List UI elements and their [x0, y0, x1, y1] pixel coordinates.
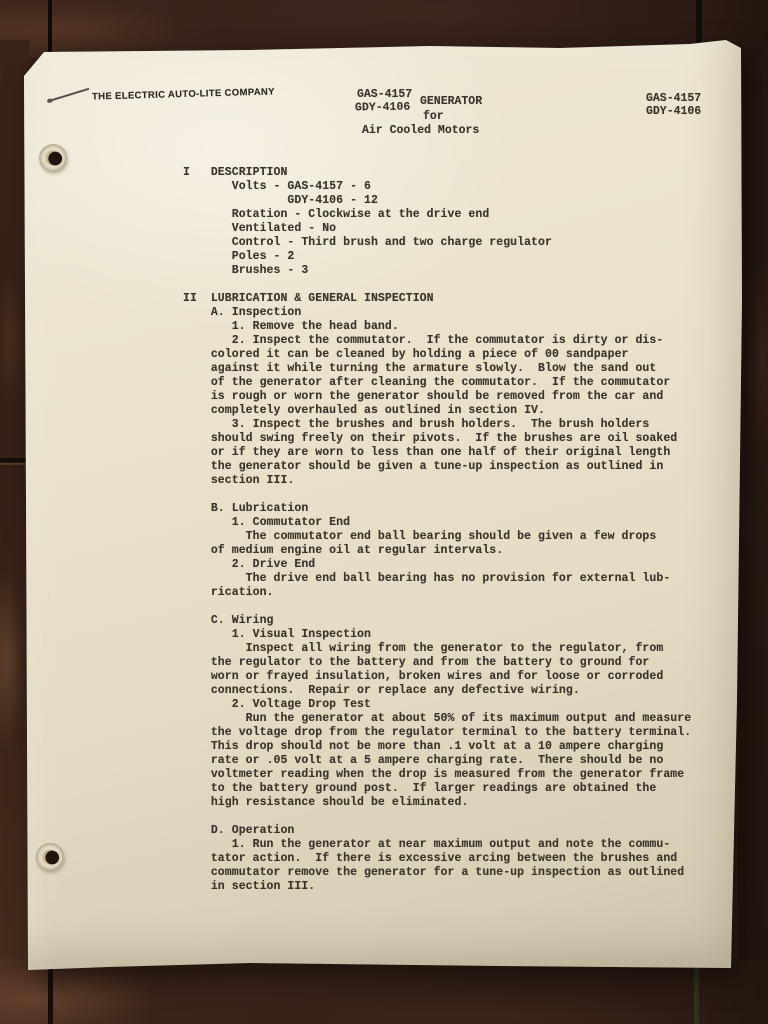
title-application: Air Cooled Motors — [362, 124, 479, 137]
doc-line-8: Brushes - 3 — [183, 264, 738, 278]
photo-scene: THE ELECTRIC AUTO-LITE COMPANY GAS-4157 … — [0, 0, 768, 1024]
doc-line-23: section III. — [183, 474, 738, 488]
doc-line-28: of medium engine oil at regular interval… — [183, 544, 738, 558]
doc-line-11: A. Inspection — [183, 306, 738, 320]
doc-line-33: C. Wiring — [183, 614, 738, 628]
doc-line-41: the voltage drop from the regulator term… — [183, 726, 738, 740]
company-name: THE ELECTRIC AUTO-LITE COMPANY — [92, 86, 275, 102]
doc-line-49: 1. Run the generator at near maximum out… — [183, 838, 738, 852]
title-model-number-1: GAS-4157 — [357, 88, 412, 101]
doc-line-1: I DESCRIPTION — [183, 166, 738, 180]
doc-line-37: worn or frayed insulation, broken wires … — [183, 670, 738, 684]
doc-line-45: to the battery ground post. If larger re… — [183, 782, 738, 796]
doc-line-50: tator action. If there is excessive arci… — [183, 852, 738, 866]
doc-line-14: colored it can be cleaned by holding a p… — [183, 348, 738, 362]
doc-line-4: Rotation - Clockwise at the drive end — [183, 208, 738, 222]
doc-line-30: The drive end ball bearing has no provis… — [183, 572, 738, 586]
doc-line-40: Run the generator at about 50% of its ma… — [183, 712, 738, 726]
doc-line-27: The commutator end ball bearing should b… — [183, 530, 738, 544]
doc-line-3: GDY-4106 - 12 — [183, 194, 738, 208]
corner-model-number-2: GDY-4106 — [646, 105, 701, 118]
punch-hole-bottom — [36, 843, 64, 871]
manual-page: THE ELECTRIC AUTO-LITE COMPANY GAS-4157 … — [18, 34, 748, 978]
doc-line-10: II LUBRICATION & GENERAL INSPECTION — [183, 292, 738, 306]
doc-line-47 — [183, 810, 738, 824]
doc-line-34: 1. Visual Inspection — [183, 628, 738, 642]
doc-line-5: Ventilated - No — [183, 222, 738, 236]
logo-flourish-line — [49, 88, 90, 102]
doc-line-26: 1. Commutator End — [183, 516, 738, 530]
doc-line-51: commutator remove the generator for a tu… — [183, 866, 738, 880]
punch-hole-top — [39, 144, 67, 172]
doc-line-42: This drop should not be more than .1 vol… — [183, 740, 738, 754]
doc-line-9 — [183, 278, 738, 292]
doc-line-25: B. Lubrication — [183, 502, 738, 516]
doc-line-43: rate or .05 volt at a 5 ampere charging … — [183, 754, 738, 768]
doc-line-52: in section III. — [183, 880, 738, 894]
doc-line-29: 2. Drive End — [183, 558, 738, 572]
doc-line-22: the generator should be given a tune-up … — [183, 460, 738, 474]
doc-line-44: voltmeter reading when the drop is measu… — [183, 768, 738, 782]
doc-line-15: against it while turning the armature sl… — [183, 362, 738, 376]
doc-line-36: the regulator to the battery and from th… — [183, 656, 738, 670]
doc-line-21: or if they are worn to less than one hal… — [183, 446, 738, 460]
document-body: I DESCRIPTION Volts - GAS-4157 - 6 GDY-4… — [183, 166, 738, 894]
doc-line-13: 2. Inspect the commutator. If the commut… — [183, 334, 738, 348]
title-product: GENERATOR — [420, 95, 482, 108]
doc-line-19: 3. Inspect the brushes and brush holders… — [183, 418, 738, 432]
doc-line-2: Volts - GAS-4157 - 6 — [183, 180, 738, 194]
doc-line-32 — [183, 600, 738, 614]
doc-line-39: 2. Voltage Drop Test — [183, 698, 738, 712]
doc-line-12: 1. Remove the head band. — [183, 320, 738, 334]
doc-line-38: connections. Repair or replace any defec… — [183, 684, 738, 698]
doc-line-31: rication. — [183, 586, 738, 600]
doc-line-24 — [183, 488, 738, 502]
corner-model-number-1: GAS-4157 — [646, 92, 701, 105]
manual-page-wrap: THE ELECTRIC AUTO-LITE COMPANY GAS-4157 … — [18, 34, 748, 978]
doc-line-20: should swing freely on their pivots. If … — [183, 432, 738, 446]
doc-line-7: Poles - 2 — [183, 250, 738, 264]
doc-line-46: high resistance should be eliminated. — [183, 796, 738, 810]
title-model-number-2: GDY-4106 — [355, 101, 410, 115]
doc-line-35: Inspect all wiring from the generator to… — [183, 642, 738, 656]
doc-line-16: of the generator after cleaning the comm… — [183, 376, 738, 390]
doc-line-48: D. Operation — [183, 824, 738, 838]
doc-line-6: Control - Third brush and two charge reg… — [183, 236, 738, 250]
title-connector: for — [423, 110, 444, 123]
doc-line-17: is rough or worn the generator should be… — [183, 390, 738, 404]
doc-line-18: completely overhauled as outlined in sec… — [183, 404, 738, 418]
